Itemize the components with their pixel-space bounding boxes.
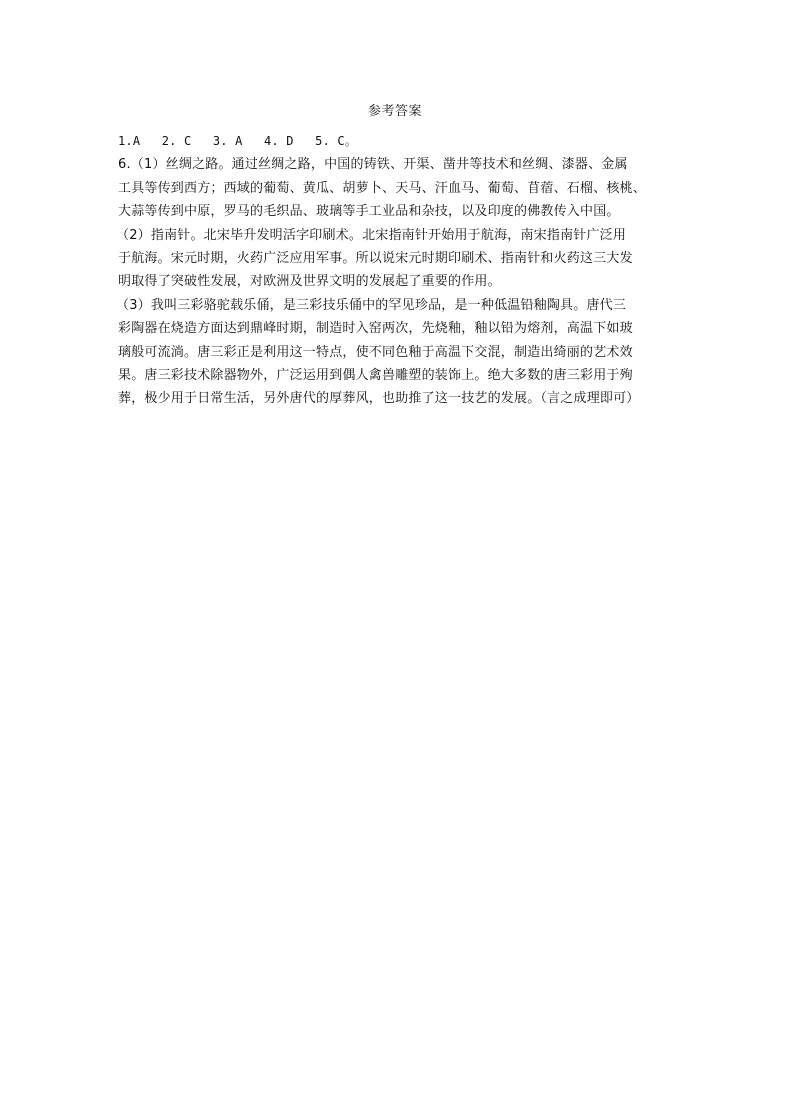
answer-3: 3. A [213,130,243,153]
answer-content: 1.A 2. C 3. A 4. D 5. C。 6.（1）丝绸之路。通过丝绸之… [118,130,688,411]
paragraph-line: 明取得了突破性发展，对欧洲及世界文明的发展起了重要的作用。 [118,270,688,293]
answer-4: 4. D [264,130,294,153]
paragraph-line: 璃般可流淌。唐三彩正是利用这一特点，使不同色釉于高温下交混，制造出绮丽的艺术效 [118,341,688,364]
paragraph-line: 彩陶器在烧造方面达到鼎峰时期，制造时入窑两次，先烧釉，釉以铅为熔剂，高温下如玻 [118,317,688,340]
paragraph-line: 工具等传到西方；西域的葡萄、黄瓜、胡萝卜、天马、汗血马、葡萄、苜蓿、石榴、核桃、 [118,177,688,200]
paragraph-line: 于航海。宋元时期，火药广泛应用军事。所以说宋元时期印刷术、指南针和火药这三大发 [118,247,688,270]
answer-5: 5. C。 [315,130,357,153]
question6-part3: （3）我叫三彩骆驼载乐俑，是三彩技乐俑中的罕见珍品，是一种低温铅釉陶具。唐代三 … [118,294,688,411]
paragraph-line: 葬，极少用于日常生活，另外唐代的厚葬风，也助推了这一技艺的发展。（言之成理即可） [118,387,688,410]
page-title: 参考答案 [0,102,790,122]
document-page: 参考答案 1.A 2. C 3. A 4. D 5. C。 6.（1）丝绸之路。… [0,0,790,1119]
multiple-choice-answers: 1.A 2. C 3. A 4. D 5. C。 [118,130,688,153]
paragraph-line: （2）指南针。北宋毕升发明活字印刷术。北宋指南针开始用于航海，南宋指南针广泛用 [116,224,688,247]
answer-1: 1.A [118,130,140,153]
answer-2: 2. C [162,130,192,153]
paragraph-line: 大蒜等传到中原，罗马的毛织品、玻璃等手工业品和杂技，以及印度的佛教传入中国。 [118,200,688,223]
question6-part2: （2）指南针。北宋毕升发明活字印刷术。北宋指南针开始用于航海，南宋指南针广泛用 … [118,224,688,294]
paragraph-line: （3）我叫三彩骆驼载乐俑，是三彩技乐俑中的罕见珍品，是一种低温铅釉陶具。唐代三 [116,294,688,317]
question6-part1: 6.（1）丝绸之路。通过丝绸之路，中国的铸铁、开渠、凿井等技术和丝绸、漆器、金属… [118,153,688,223]
paragraph-line: 6.（1）丝绸之路。通过丝绸之路，中国的铸铁、开渠、凿井等技术和丝绸、漆器、金属 [118,153,688,176]
paragraph-line: 果。唐三彩技术除器物外，广泛运用到偶人禽兽雕塑的装饰上。绝大多数的唐三彩用于殉 [118,364,688,387]
